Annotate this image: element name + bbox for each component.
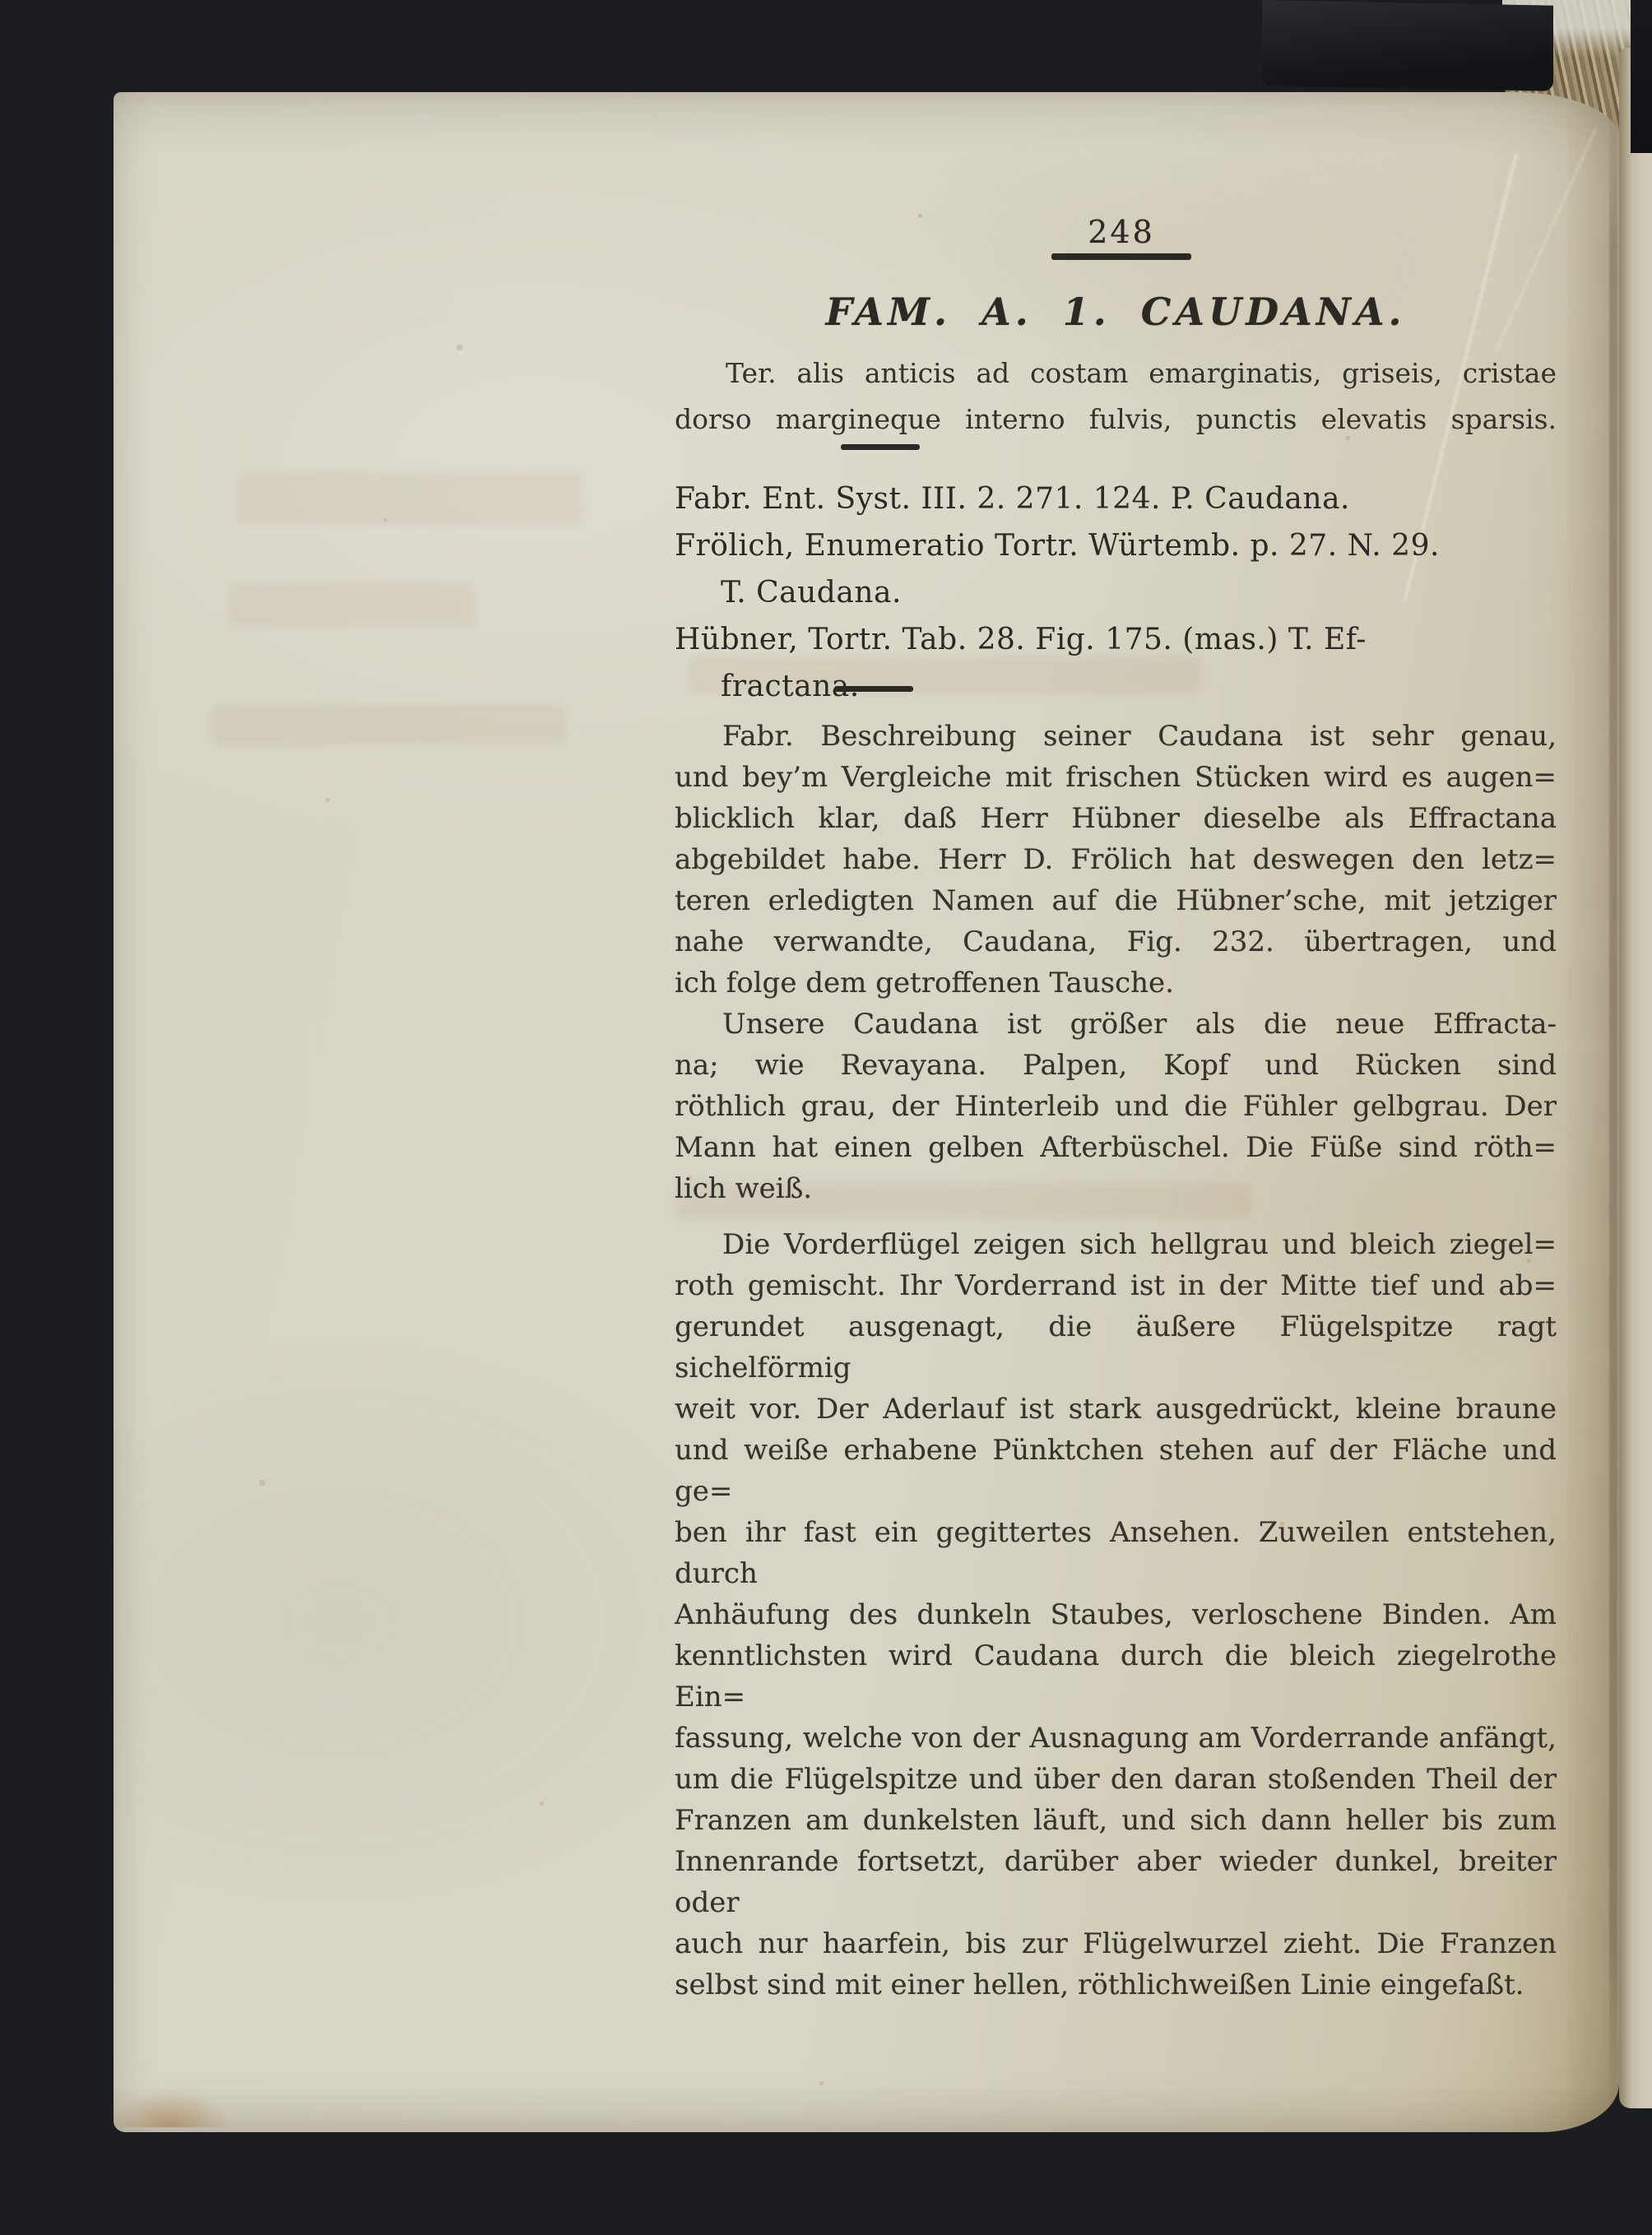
text-line: Unsere Caudana ist größer als die neue E… [675,1004,1557,1045]
text-line: ben ihr fast ein gegittertes Ansehen. Zu… [675,1512,1557,1594]
reference-line: Fabr. Ent. Syst. III. 2. 271. 124. P. Ca… [675,475,1557,522]
book-page: 248 FAM. A. 1. CAUDANA. Ter. alis antici… [114,92,1619,2132]
page-number: 248 [1002,214,1241,250]
body-paragraph-1: Fabr. Beschreibung seiner Caudana ist se… [675,716,1557,1004]
text-line: weit vor. Der Aderlauf ist stark ausgedr… [675,1389,1557,1430]
text-line: lich weiß. [675,1168,1557,1209]
text-line: auch nur haarfein, bis zur Flügelwurzel … [675,1923,1557,1964]
body-paragraph-2: Unsere Caudana ist größer als die neue E… [675,1004,1557,1209]
reference-line: T. Caudana. [675,569,1557,616]
text-line: Fabr. Beschreibung seiner Caudana ist se… [675,716,1557,757]
text-line: Franzen am dunkelsten läuft, und sich da… [675,1800,1557,1841]
corner-stain [109,2089,232,2127]
body-paragraph-3: Die Vorderflügel zeigen sich hellgrau un… [675,1224,1557,2005]
text-line: kenntlichsten wird Caudana durch die ble… [675,1635,1557,1718]
text-line: Ter. alis anticis ad costam emarginatis,… [675,350,1557,396]
text-line: Die Vorderflügel zeigen sich hellgrau un… [675,1224,1557,1265]
text-line: röthlich grau, der Hinterleib und die Fü… [675,1086,1557,1127]
text-line: Mann hat einen gelben Afterbüschel. Die … [675,1127,1557,1168]
text-line: und weiße erhabene Pünktchen stehen auf … [675,1430,1557,1512]
gutter-crease [1609,87,1617,2135]
text-line: fassung, welche von der Ausnagung am Vor… [675,1718,1557,1759]
text-line: teren erledigten Namen auf die Hübner’sc… [675,880,1557,921]
reference-line: fractana. [675,663,1557,710]
text-line: Innenrande fortsetzt, darüber aber wiede… [675,1841,1557,1923]
divider-rule-top [841,444,920,450]
text-line: abgebildet habe. Herr D. Frölich hat des… [675,839,1557,880]
book-clamp [1262,0,1553,91]
reference-line: Hübner, Tortr. Tab. 28. Fig. 175. (mas.)… [675,616,1557,663]
next-page-edge [1619,48,1652,2108]
text-line: na; wie Revayana. Palpen, Kopf und Rücke… [675,1045,1557,1086]
text-line: selbst sind mit einer hellen, röthlichwe… [675,1964,1557,2005]
text-line: gerundet ausgenagt, die äußere Flügelspi… [675,1306,1557,1389]
divider-rule-bottom [834,686,913,692]
text-line: um die Flügelspitze und über den daran s… [675,1759,1557,1800]
book-clamp-right [1631,0,1652,153]
text-line: Anhäufung des dunkeln Staubes, verlosche… [675,1594,1557,1635]
references-block: Fabr. Ent. Syst. III. 2. 271. 124. P. Ca… [675,475,1557,710]
scan-stage: 248 FAM. A. 1. CAUDANA. Ter. alis antici… [0,0,1652,2235]
bleedthrough-smudge [229,582,476,627]
reference-line: Frölich, Enumeratio Tortr. Würtemb. p. 2… [675,522,1557,569]
bleedthrough-smudge [212,704,566,745]
paper-specks [114,92,114,93]
bleedthrough-smudge [237,472,582,525]
text-line: und bey’m Vergleiche mit frischen Stücke… [675,757,1557,798]
page-number-block: 248 [1002,214,1241,260]
page-number-rule [1051,253,1191,260]
text-line: nahe verwandte, Caudana, Fig. 232. übert… [675,921,1557,962]
section-title: FAM. A. 1. CAUDANA. [675,290,1557,334]
text-line: dorso margineque interno fulvis, punctis… [675,396,1557,443]
text-line: ich folge dem getroffenen Tausche. [675,962,1557,1004]
text-line: blicklich klar, daß Herr Hübner dieselbe… [675,798,1557,839]
text-line: roth gemischt. Ihr Vorderrand ist in der… [675,1265,1557,1306]
latin-diagnosis: Ter. alis anticis ad costam emarginatis,… [675,350,1557,443]
